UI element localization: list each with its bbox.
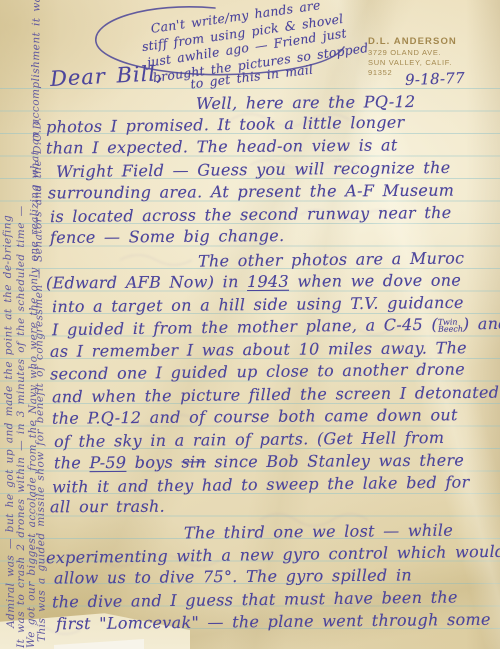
stamp-street: 3729 OLAND AVE. (368, 48, 457, 57)
body-text: since Bob Stanley was there (206, 451, 464, 472)
body-text: ) and (463, 314, 500, 334)
body-line: The third one we lost — while (184, 522, 453, 543)
body-line: allow us to dive 75°. The gyro spilled i… (54, 566, 412, 587)
body-line: as I remember I was about 10 miles away.… (50, 339, 467, 361)
body-line: all our trash. (50, 498, 165, 517)
letter-scan: Can't write/my hands are stiff from usin… (0, 0, 500, 649)
body-line: The other photos are a Muroc (198, 249, 465, 270)
body-text: when we dove one (289, 271, 461, 291)
twin-beech-superscript: TwinBeech (438, 318, 463, 332)
underlined-p59: P-59 (89, 453, 126, 472)
body-line: the P.Q-12 and of course both came down … (52, 406, 458, 428)
letter-date: 9-18-77 (405, 69, 466, 89)
stamp-city: SUN VALLEY, CALIF. (368, 58, 457, 67)
margin-note: It was to crash 2 drones within — in 3 m… (15, 205, 27, 648)
body-text: (Edward AFB Now) in (46, 272, 247, 292)
stamp-name: D.L. ANDERSON (368, 36, 457, 47)
body-line: Well, here are the PQ-12 (196, 93, 416, 113)
body-text: boys (126, 453, 181, 472)
body-line: surrounding area. At present the A-F Mus… (48, 182, 454, 203)
body-line: than I expected. The head-on view is at (46, 136, 398, 157)
body-line: (Edward AFB Now) in 1943 when we dove on… (46, 272, 461, 293)
body-line: the P-59 boys sin since Bob Stanley was … (54, 452, 464, 473)
crossed-out-word: sin (181, 452, 206, 471)
underlined-year: 1943 (247, 272, 289, 291)
body-line: fence — Some big change. (50, 227, 285, 247)
superscript-bottom: Beech (438, 325, 463, 332)
body-text: the (54, 453, 90, 472)
